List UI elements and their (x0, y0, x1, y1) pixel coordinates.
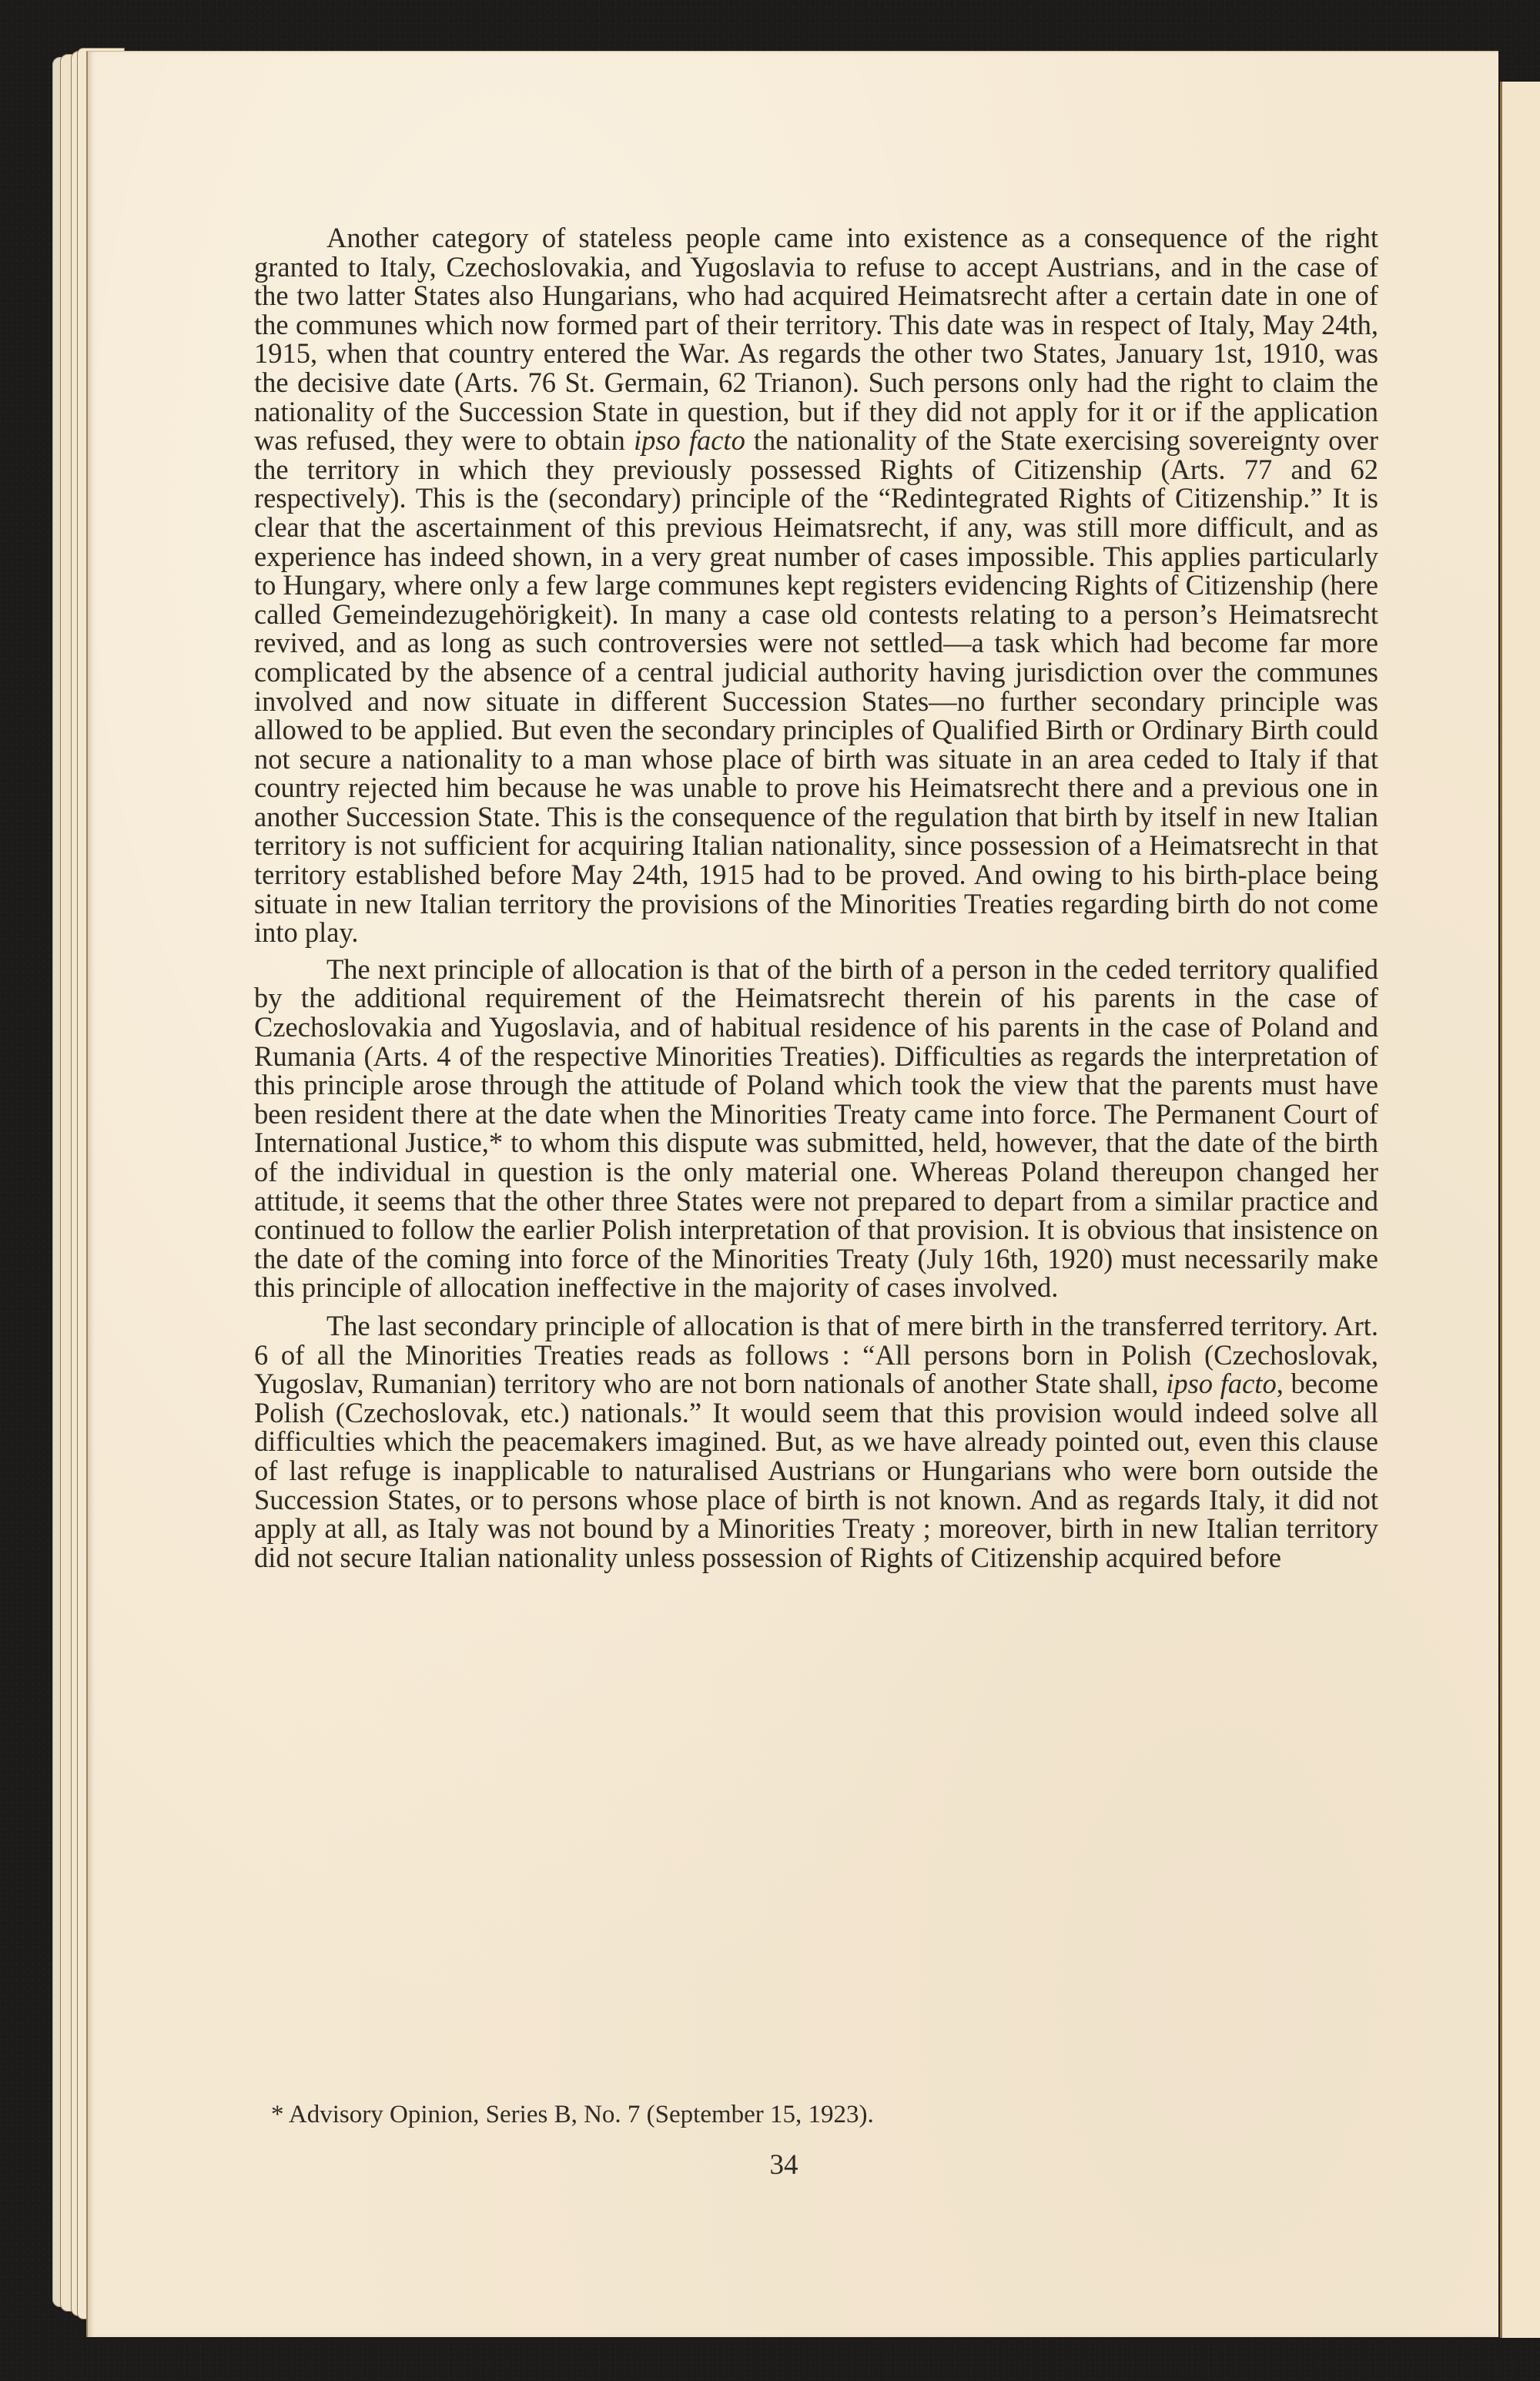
italic-segment: ipso facto (634, 424, 745, 456)
paragraph: Another category of stateless people cam… (254, 223, 1378, 947)
text-segment: Another category of stateless people cam… (254, 222, 1378, 456)
page-number: 34 (770, 2149, 798, 2181)
text-segment: the nationality of the State exercising … (254, 424, 1378, 948)
text-segment: The next principle of allocation is that… (254, 953, 1378, 1304)
italic-segment: ipso facto (1166, 1368, 1277, 1399)
footnote: * Advisory Opinion, Series B, No. 7 (Sep… (271, 2101, 1380, 2128)
body-text: Another category of stateless people cam… (254, 223, 1378, 1572)
page-number-container: 34 (0, 2148, 1540, 2182)
text-segment: , become Polish (Czechoslovak, etc.) nat… (254, 1368, 1378, 1573)
paragraph: The next principle of allocation is that… (254, 955, 1378, 1302)
adjacent-page-edge (1500, 82, 1540, 2338)
paragraph: The last secondary principle of allocati… (254, 1311, 1378, 1572)
